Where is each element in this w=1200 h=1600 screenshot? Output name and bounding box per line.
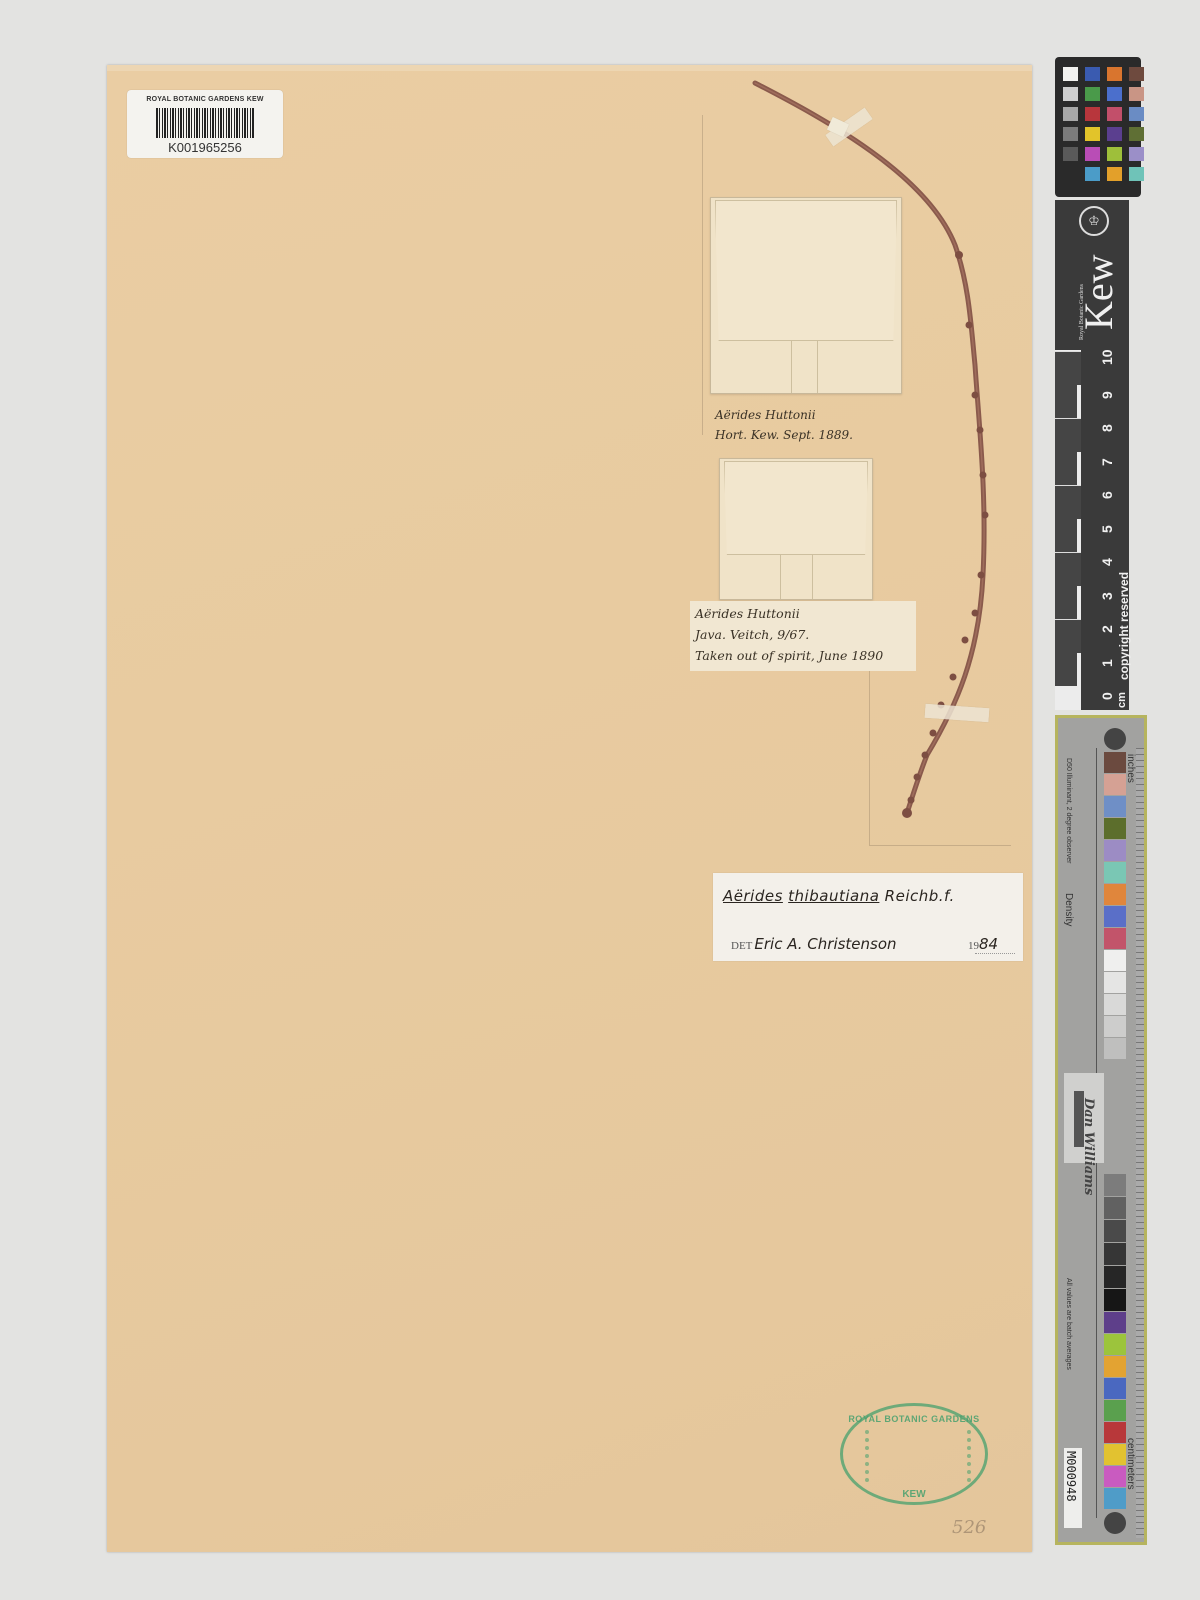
guide-swatch (1104, 1266, 1126, 1288)
scale-number: 10 (1099, 349, 1115, 365)
guide-swatch (1104, 1466, 1126, 1487)
guide-swatch (1104, 1378, 1126, 1399)
guide-swatch (1104, 1038, 1126, 1059)
folio-number: 526 (952, 1517, 986, 1538)
guide-swatch (1104, 1197, 1126, 1219)
herbarium-stamp: ROYAL BOTANIC GARDENS KEW (840, 1403, 988, 1505)
footer-text: All values are batch averages (1065, 1278, 1072, 1370)
guide-swatch (1104, 1243, 1126, 1265)
color-swatch (1085, 107, 1100, 121)
guide-swatch (1104, 994, 1126, 1015)
ruler-ticks (1136, 748, 1144, 1538)
determination-slip: Aërides thibautiana Reichb.f. DETEric A.… (713, 873, 1023, 961)
color-swatch (1107, 127, 1122, 141)
scale-number: 9 (1099, 391, 1115, 399)
color-swatch (1085, 167, 1100, 181)
scale-number: 1 (1099, 659, 1115, 667)
scale-number: 3 (1099, 592, 1115, 600)
year-prefix: 19 (968, 940, 979, 952)
color-swatch (1085, 127, 1100, 141)
illuminant-text: D50 Illuminant, 2 degree observer (1065, 758, 1072, 863)
color-swatch (1085, 87, 1100, 101)
color-swatch (1063, 67, 1078, 81)
color-swatch (1129, 167, 1144, 181)
color-swatch (1063, 147, 1078, 161)
color-swatch (1063, 127, 1078, 141)
copyright-text: copyright reserved (1117, 572, 1131, 680)
guide-swatch (1104, 1356, 1126, 1377)
color-swatch (1129, 87, 1144, 101)
scale-block (1055, 552, 1081, 586)
color-separation-guide: D50 Illuminant, 2 degree observer Densit… (1055, 715, 1147, 1545)
stamp-bottom-text: KEW (843, 1489, 985, 1500)
guide-swatch (1104, 1289, 1126, 1311)
plant-stem-specimen (107, 65, 1032, 865)
guide-swatch (1104, 774, 1126, 795)
color-checker-card (1055, 57, 1141, 197)
guide-swatch (1104, 906, 1126, 927)
kew-logo-subtitle: Royal Botanic Gardens (1079, 284, 1085, 340)
scale-number: 5 (1099, 525, 1115, 533)
scale-blocks (1055, 350, 1081, 710)
guide-swatch (1104, 1422, 1126, 1443)
scale-block (1055, 619, 1081, 653)
guide-swatch (1104, 862, 1126, 883)
determination-name: Aërides thibautiana Reichb.f. (723, 887, 955, 905)
punch-hole (1104, 1512, 1126, 1534)
guide-swatch (1104, 818, 1126, 839)
determiner-line: DETEric A. Christenson (731, 935, 897, 953)
color-swatch (1129, 127, 1144, 141)
guide-swatch (1104, 840, 1126, 861)
scale-block (1055, 585, 1077, 619)
stamp-top-text: ROYAL BOTANIC GARDENS (843, 1414, 985, 1424)
color-swatch (1107, 87, 1122, 101)
color-swatch (1107, 147, 1122, 161)
scale-number: 7 (1099, 458, 1115, 466)
scale-block (1055, 518, 1077, 552)
determiner-name: Eric A. Christenson (754, 935, 896, 953)
year-suffix: 84 (979, 935, 998, 953)
guide-swatch (1104, 1312, 1126, 1333)
scale-number: 0 (1099, 692, 1115, 700)
color-swatch (1085, 67, 1100, 81)
guide-id: M000948 (1064, 1451, 1078, 1502)
guide-swatch (1104, 1444, 1126, 1465)
scale-block (1055, 418, 1081, 452)
determination-year: 1984 (968, 935, 998, 953)
stamp-emblem (865, 1430, 971, 1482)
scale-number: 2 (1099, 625, 1115, 633)
scale-block (1055, 351, 1081, 385)
author: Reichb.f. (885, 887, 955, 905)
guide-swatch (1104, 928, 1126, 949)
color-swatch (1063, 167, 1078, 181)
scale-block (1055, 384, 1077, 418)
guide-swatch (1104, 1220, 1126, 1242)
scale-number: 4 (1099, 558, 1115, 566)
guide-swatch (1104, 1400, 1126, 1421)
color-swatch (1063, 87, 1078, 101)
color-swatch (1107, 167, 1122, 181)
centimeters-label: centimeters (1125, 1438, 1136, 1490)
color-swatch (1107, 107, 1122, 121)
scale-block (1055, 652, 1077, 686)
guide-swatch (1104, 752, 1126, 773)
color-swatch (1129, 67, 1144, 81)
scale-block (1055, 485, 1081, 519)
guide-brand: Dan Williams (1081, 1098, 1096, 1195)
scale-block (1055, 451, 1077, 485)
guide-swatch (1104, 950, 1126, 971)
inches-label: inches (1125, 754, 1136, 783)
scale-number: 6 (1099, 491, 1115, 499)
herbarium-sheet: ROYAL BOTANIC GARDENS KEW K001965256 Aër… (107, 65, 1032, 1552)
det-prefix: DET (731, 940, 752, 952)
genus: Aërides (723, 887, 783, 905)
color-swatch (1085, 147, 1100, 161)
density-label: Density (1063, 893, 1074, 926)
epithet: thibautiana (788, 887, 879, 905)
color-swatch (1063, 107, 1078, 121)
kew-scale-bar: ♔ Kew Royal Botanic Gardens 012345678910… (1055, 200, 1129, 710)
color-checker-grid (1063, 67, 1144, 181)
scale-number: 8 (1099, 424, 1115, 432)
guide-swatch (1104, 796, 1126, 817)
guide-swatch (1104, 1016, 1126, 1037)
color-swatch (1129, 107, 1144, 121)
dotted-line (975, 953, 1015, 954)
guide-swatch (1104, 1488, 1126, 1509)
guide-swatch (1104, 1334, 1126, 1355)
guide-swatch (1104, 1174, 1126, 1196)
guide-swatch (1104, 972, 1126, 993)
unit-label: cm (1116, 692, 1128, 708)
guide-swatch (1104, 884, 1126, 905)
punch-hole (1104, 728, 1126, 750)
color-swatch (1129, 147, 1144, 161)
guide-swatches (1104, 752, 1126, 1510)
royal-crest-icon: ♔ (1079, 206, 1109, 236)
color-swatch (1107, 67, 1122, 81)
